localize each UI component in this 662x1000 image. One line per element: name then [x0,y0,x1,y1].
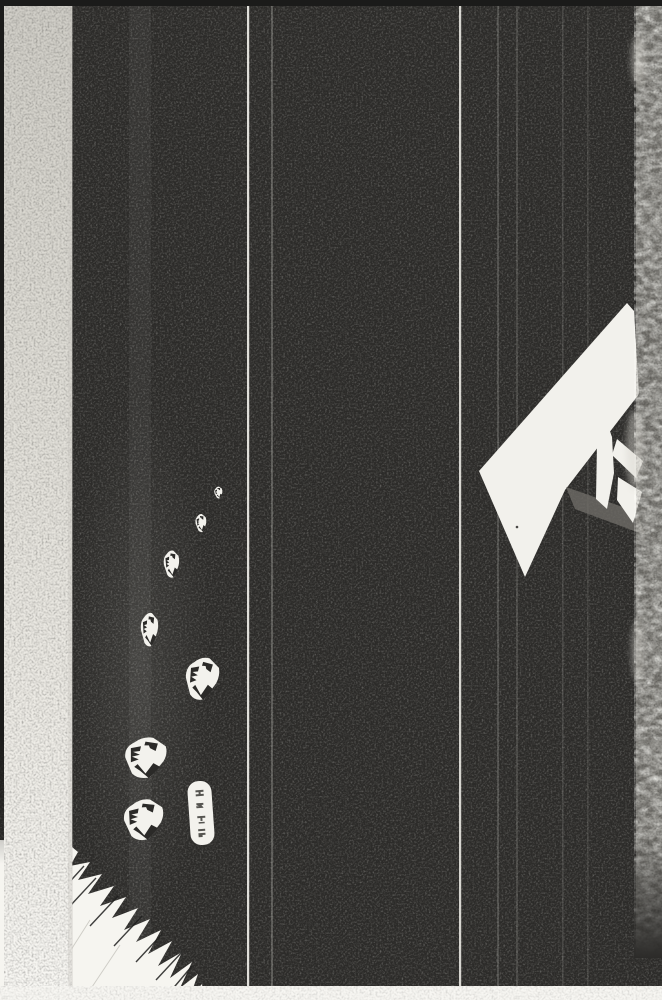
crease-line [459,6,461,986]
crease-line [247,6,249,986]
page-artwork [0,0,662,1000]
ink-dot [516,526,519,529]
bottom-margin [0,986,662,1000]
caption-capsule [187,780,215,846]
scanned-page [0,0,662,1000]
crease-line [271,6,273,986]
left-gutter-edge [0,0,4,864]
top-edge-bar [0,0,662,6]
left-paper-strip [4,6,73,1000]
